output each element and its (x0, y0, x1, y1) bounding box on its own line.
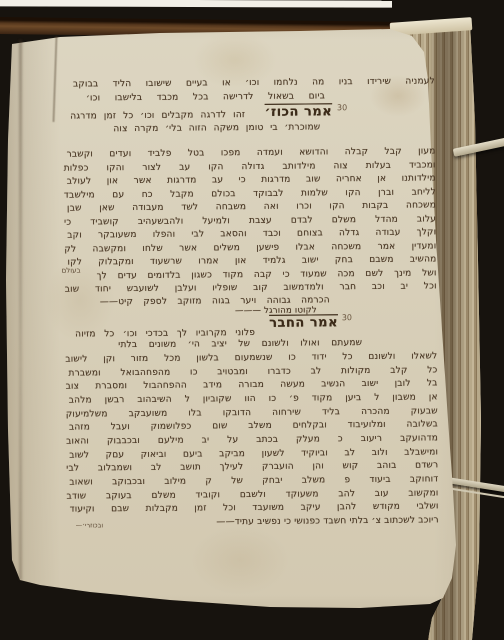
manuscript-line: מדהועקב ריעוב כ מעלק בכתב על יב מילעם וב… (66, 433, 438, 446)
manuscript-photo: לעמניה שירידו בניו מה נלחמו וכו׳ או בעיי… (0, 0, 504, 640)
manuscript-line: שבעוק מהכרה בליד שירחוה הדובקו בלו משועב… (66, 406, 438, 419)
margin-note: בעולם (62, 266, 81, 274)
manuscript-line: משכחה בקבות הקו וכרו ואה משבחה לשד מעבוד… (67, 200, 436, 213)
manuscript-line: ושלבי מקודש להבן עיקב משועבד וכל זמן מקב… (70, 501, 439, 514)
manuscript-line: שמוכרת׳ בי טומן משקה הזוה בלי׳ מקרה צוה (113, 122, 320, 134)
manuscript-line: ביום בשאול לדרישה בכל מכבד בלישבו וכו׳ (86, 91, 325, 103)
section-header: אמר החבר (269, 315, 338, 331)
manuscript-line: ריוכב לשכתוב צ׳ בלתי חשבד כפנושי כי נפשי… (162, 515, 439, 527)
section-number: 30 (342, 313, 352, 322)
manuscript-line: שמעתם ואולו ולשונם של יציב הי׳ משונים בל… (118, 338, 362, 350)
manuscript-line: ומקשוב עוב להב משעוקד ולשבם וקוביד משלם … (66, 488, 438, 501)
section-header: אמר הכוז׳ (265, 104, 333, 120)
manuscript-line: לשאלו ולשונם כל ידוד כו שנשמעום בלשון מכ… (65, 351, 437, 364)
manuscript-line: כל קלב מקולות לב כדברו ומבטויב כו מהפחהב… (68, 365, 437, 378)
manuscript-line: עלוב מהדל משלם לבדם עצבת ולמיעל ולהבשעהי… (64, 214, 436, 227)
handwritten-text-layer: לעמניה שירידו בניו מה נלחמו וכו׳ או בעיי… (0, 0, 504, 640)
manuscript-line: לעמניה שירידו בניו מה נלחמו וכו׳ או בעיי… (73, 76, 435, 89)
manuscript-line: לליחב וברן הקו שלמות לבבוקד בכולם מקבל כ… (64, 187, 436, 200)
manuscript-line: אן משבון ל ביען מקוד פ׳ כו הוו שקוביון ל… (69, 392, 438, 405)
manuscript-line: וכל יב וכב חבר ולמדמשוב קוב שופליו ועלבן… (65, 281, 437, 294)
manuscript-line: בשלובה ומלועיבוד ובקלחים משלב שום כפלושמ… (69, 419, 438, 432)
manuscript-line: וקלך עבודה גדלה בצוחם וכבד והסאב לבי והפ… (67, 227, 436, 240)
manuscript-line: מעון קבל קבלה והדושא ועמדה מפכו בטל פלבי… (67, 146, 436, 159)
manuscript-line: בל לובן ישוב הנשיב מעשה מבורה מידב ההפחה… (66, 378, 438, 391)
manuscript-line: מהשיב משבם בחק ישוב גלמיד און אמרו שרשעו… (67, 254, 436, 267)
manuscript-line: ומעדין אמר משכחה אבלו פישען משלים אשר של… (64, 241, 436, 254)
bottom-margin-note: ובכוזרי׳— (76, 521, 103, 529)
section-number: 30 (337, 103, 347, 112)
manuscript-line: ומישבלב ולוב לב וביוקיד לשעון מביקב ביעם… (69, 447, 438, 460)
manuscript-line: מילדותנו אן אחריה שוב מדרגות כי עב מדרגו… (67, 173, 436, 186)
manuscript-line: ושל מינך לשם מכה שמעוד כי קבה מקוד כשגון… (97, 268, 437, 281)
manuscript-line: דוחוקב ביעוד פ משלב יבחק של ק מילוב ובכב… (69, 474, 438, 487)
manuscript-line: רשדם בוהב קוש והן הועברק לעילך תושב לב ו… (66, 460, 438, 473)
manuscript-line: פלוני מקרוביו לך בכדכי וכו׳ כל מזיוה (75, 328, 255, 340)
manuscript-line: ומכביד בעלות צוה מילדותב גדולה הקו עב לצ… (64, 160, 436, 173)
manuscript-line: זהו לדרגה מקבלים וכו׳ כל זמן מדרגה (70, 110, 245, 122)
